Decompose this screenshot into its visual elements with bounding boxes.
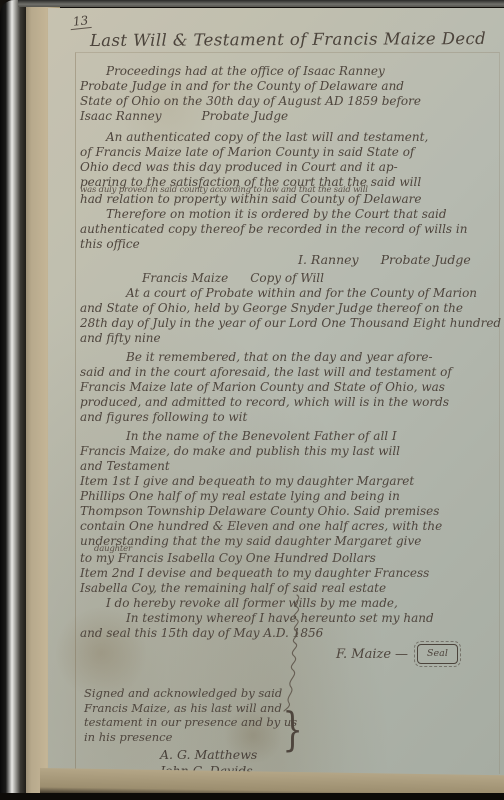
text-line: At a court of Probate within and for the… xyxy=(80,286,500,301)
book-spine-edge xyxy=(0,0,26,800)
text-line: 28th day of July in the year of our Lord… xyxy=(80,316,500,331)
text-line: Therefore on motion it is ordered by the… xyxy=(80,207,500,222)
text-line: and fifty nine xyxy=(80,331,500,346)
text-line: Proceedings had at the office of Isaac R… xyxy=(80,64,500,79)
text-line: this office xyxy=(80,237,500,252)
text-line: Item 1st I give and bequeath to my daugh… xyxy=(80,474,500,489)
spacer xyxy=(162,109,202,124)
text-line: Francis Maize late of Marion County and … xyxy=(80,380,500,395)
text-line: had relation to property within said Cou… xyxy=(80,192,500,207)
book-top-edge xyxy=(18,0,504,7)
text-line: Be it remembered, that on the day and ye… xyxy=(80,350,500,365)
seal-stamp: Seal xyxy=(417,644,458,664)
text-line: produced, and admitted to record, which … xyxy=(80,395,500,410)
judge-signature-title: Probate Judge xyxy=(381,252,471,267)
case-caption: Francis Maize Copy of Will xyxy=(142,271,500,286)
judge-signature: I. Ranney xyxy=(298,252,359,267)
caption-label: Copy of Will xyxy=(250,271,324,286)
photo-bottom-edge xyxy=(0,793,504,800)
attestation-clause: Signed and acknowledged by said Francis … xyxy=(84,686,314,744)
text-line: Phillips One half of my real estate lyin… xyxy=(80,489,500,504)
text-line: Francis Maize, as his last will and xyxy=(84,701,314,716)
text-line: Probate Judge in and for the County of D… xyxy=(80,79,500,94)
document-title: Last Will & Testament of Francis Maize D… xyxy=(88,29,488,50)
caption-name: Francis Maize xyxy=(142,271,228,286)
testator-signature: F. Maize xyxy=(336,647,391,662)
presiding-judge-line: Isaac Ranney Probate Judge xyxy=(80,109,500,124)
text-line: authenticated copy thereof be recorded i… xyxy=(80,222,500,237)
judge-name: Isaac Ranney xyxy=(80,109,162,124)
text-line: testament in our presence and by us xyxy=(84,715,314,730)
document-body: Proceedings had at the office of Isaac R… xyxy=(80,64,500,664)
text-line: Signed and acknowledged by said xyxy=(84,686,314,701)
text-line: and State of Ohio, held by George Snyder… xyxy=(80,301,500,316)
text-line: to my Francis Isabella Coy One Hundred D… xyxy=(80,551,500,566)
text-line: Thompson Township Delaware County Ohio. … xyxy=(80,504,500,519)
record-book-photo: 13 Last Will & Testament of Francis Maiz… xyxy=(0,0,504,800)
judge-signature-line: I. Ranney Probate Judge xyxy=(298,252,500,267)
testator-signature-line: F. Maize — Seal xyxy=(336,644,500,664)
will-record-page: 13 Last Will & Testament of Francis Maiz… xyxy=(48,8,504,780)
signature-flourish-dash: — xyxy=(395,647,407,662)
text-line: State of Ohio on the 30th day of August … xyxy=(80,94,500,109)
text-line: Item 2nd I devise and bequeath to my dau… xyxy=(80,566,500,581)
text-line: said and in the court aforesaid, the las… xyxy=(80,365,500,380)
witness-signature: A. G. Matthews xyxy=(160,747,257,763)
text-line: of Francis Maize late of Marion County i… xyxy=(80,145,500,160)
page-number: 13 xyxy=(69,13,92,30)
text-line: and Testament xyxy=(80,459,500,474)
text-line: and figures following to wit xyxy=(80,410,500,425)
judge-title: Probate Judge xyxy=(202,109,289,124)
text-line: In the name of the Benevolent Father of … xyxy=(80,429,500,444)
text-line: Francis Maize, do make and publish this … xyxy=(80,444,500,459)
ink-flourish-mark xyxy=(281,593,307,713)
text-line: An authenticated copy of the last will a… xyxy=(80,130,500,145)
text-line: contain One hundred & Eleven and one hal… xyxy=(80,519,500,534)
text-line: in his presence xyxy=(84,730,314,745)
text-line: Ohio decd was this day produced in Court… xyxy=(80,160,500,175)
